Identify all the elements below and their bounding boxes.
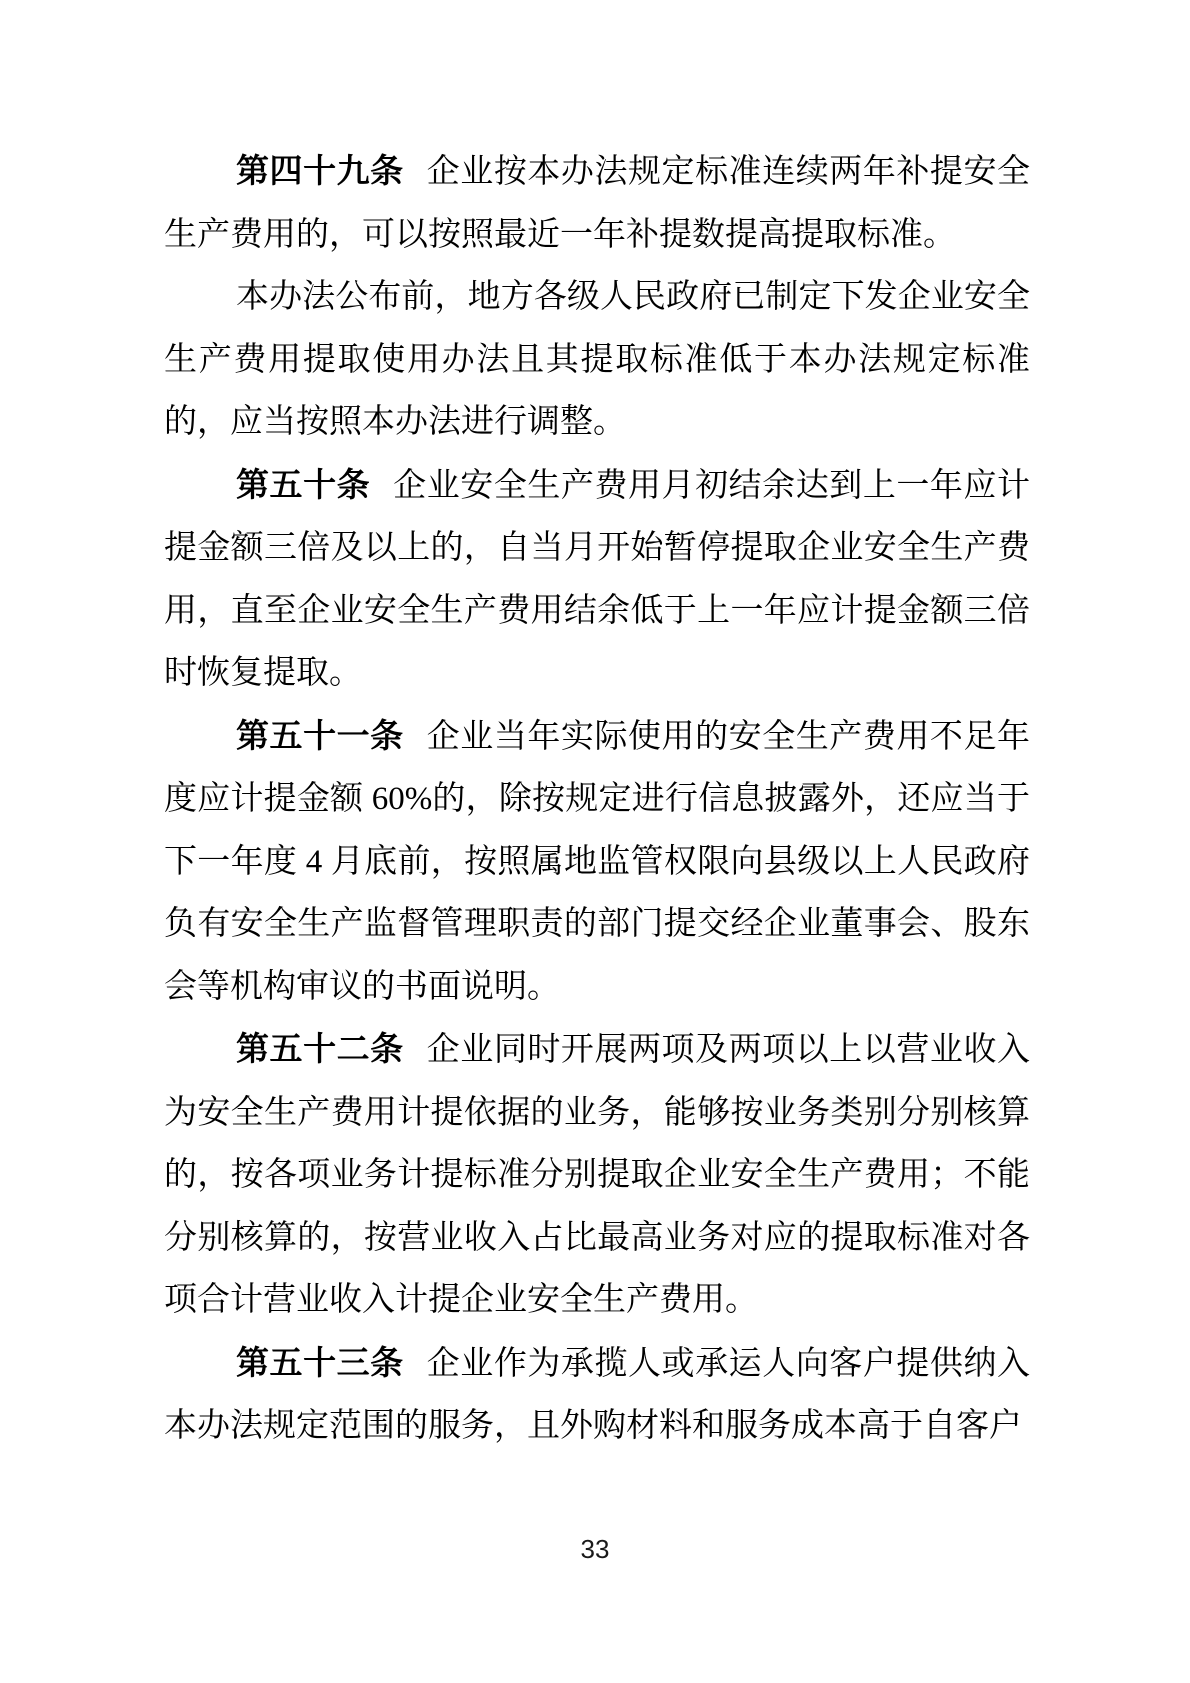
paragraph-article-52: 第五十二条企业同时开展两项及两项以上以营业收入为安全生产费用计提依据的业务，能够… <box>164 1018 1030 1332</box>
document-page: 第四十九条企业按本办法规定标准连续两年补提安全生产费用的，可以按照最近一年补提数… <box>0 0 1190 1683</box>
paragraph-article-49-supplement: 本办法公布前，地方各级人民政府已制定下发企业安全生产费用提取使用办法且其提取标准… <box>164 266 1030 454</box>
article-51-number: 第五十一条 <box>236 717 404 754</box>
paragraph-article-51: 第五十一条企业当年实际使用的安全生产费用不足年度应计提金额 60%的，除按规定进… <box>164 705 1030 1019</box>
article-52-number: 第五十二条 <box>236 1030 404 1067</box>
article-53-number: 第五十三条 <box>236 1344 404 1381</box>
paragraph-article-50: 第五十条企业安全生产费用月初结余达到上一年应计提金额三倍及以上的，自当月开始暂停… <box>164 454 1030 705</box>
document-body: 第四十九条企业按本办法规定标准连续两年补提安全生产费用的，可以按照最近一年补提数… <box>164 140 1030 1458</box>
paragraph-article-49: 第四十九条企业按本办法规定标准连续两年补提安全生产费用的，可以按照最近一年补提数… <box>164 140 1030 266</box>
article-49-supplement-text: 本办法公布前，地方各级人民政府已制定下发企业安全生产费用提取使用办法且其提取标准… <box>164 279 1030 440</box>
page-number: 33 <box>581 1534 610 1564</box>
paragraph-article-53: 第五十三条企业作为承揽人或承运人向客户提供纳入本办法规定范围的服务，且外购材料和… <box>164 1332 1030 1458</box>
article-52-text: 企业同时开展两项及两项以上以营业收入为安全生产费用计提依据的业务，能够按业务类别… <box>164 1032 1030 1318</box>
article-50-number: 第五十条 <box>236 466 370 503</box>
article-49-number: 第四十九条 <box>236 152 404 189</box>
page-footer: 33 <box>0 1534 1190 1565</box>
article-51-text: 企业当年实际使用的安全生产费用不足年度应计提金额 60%的，除按规定进行信息披露… <box>164 719 1030 1005</box>
